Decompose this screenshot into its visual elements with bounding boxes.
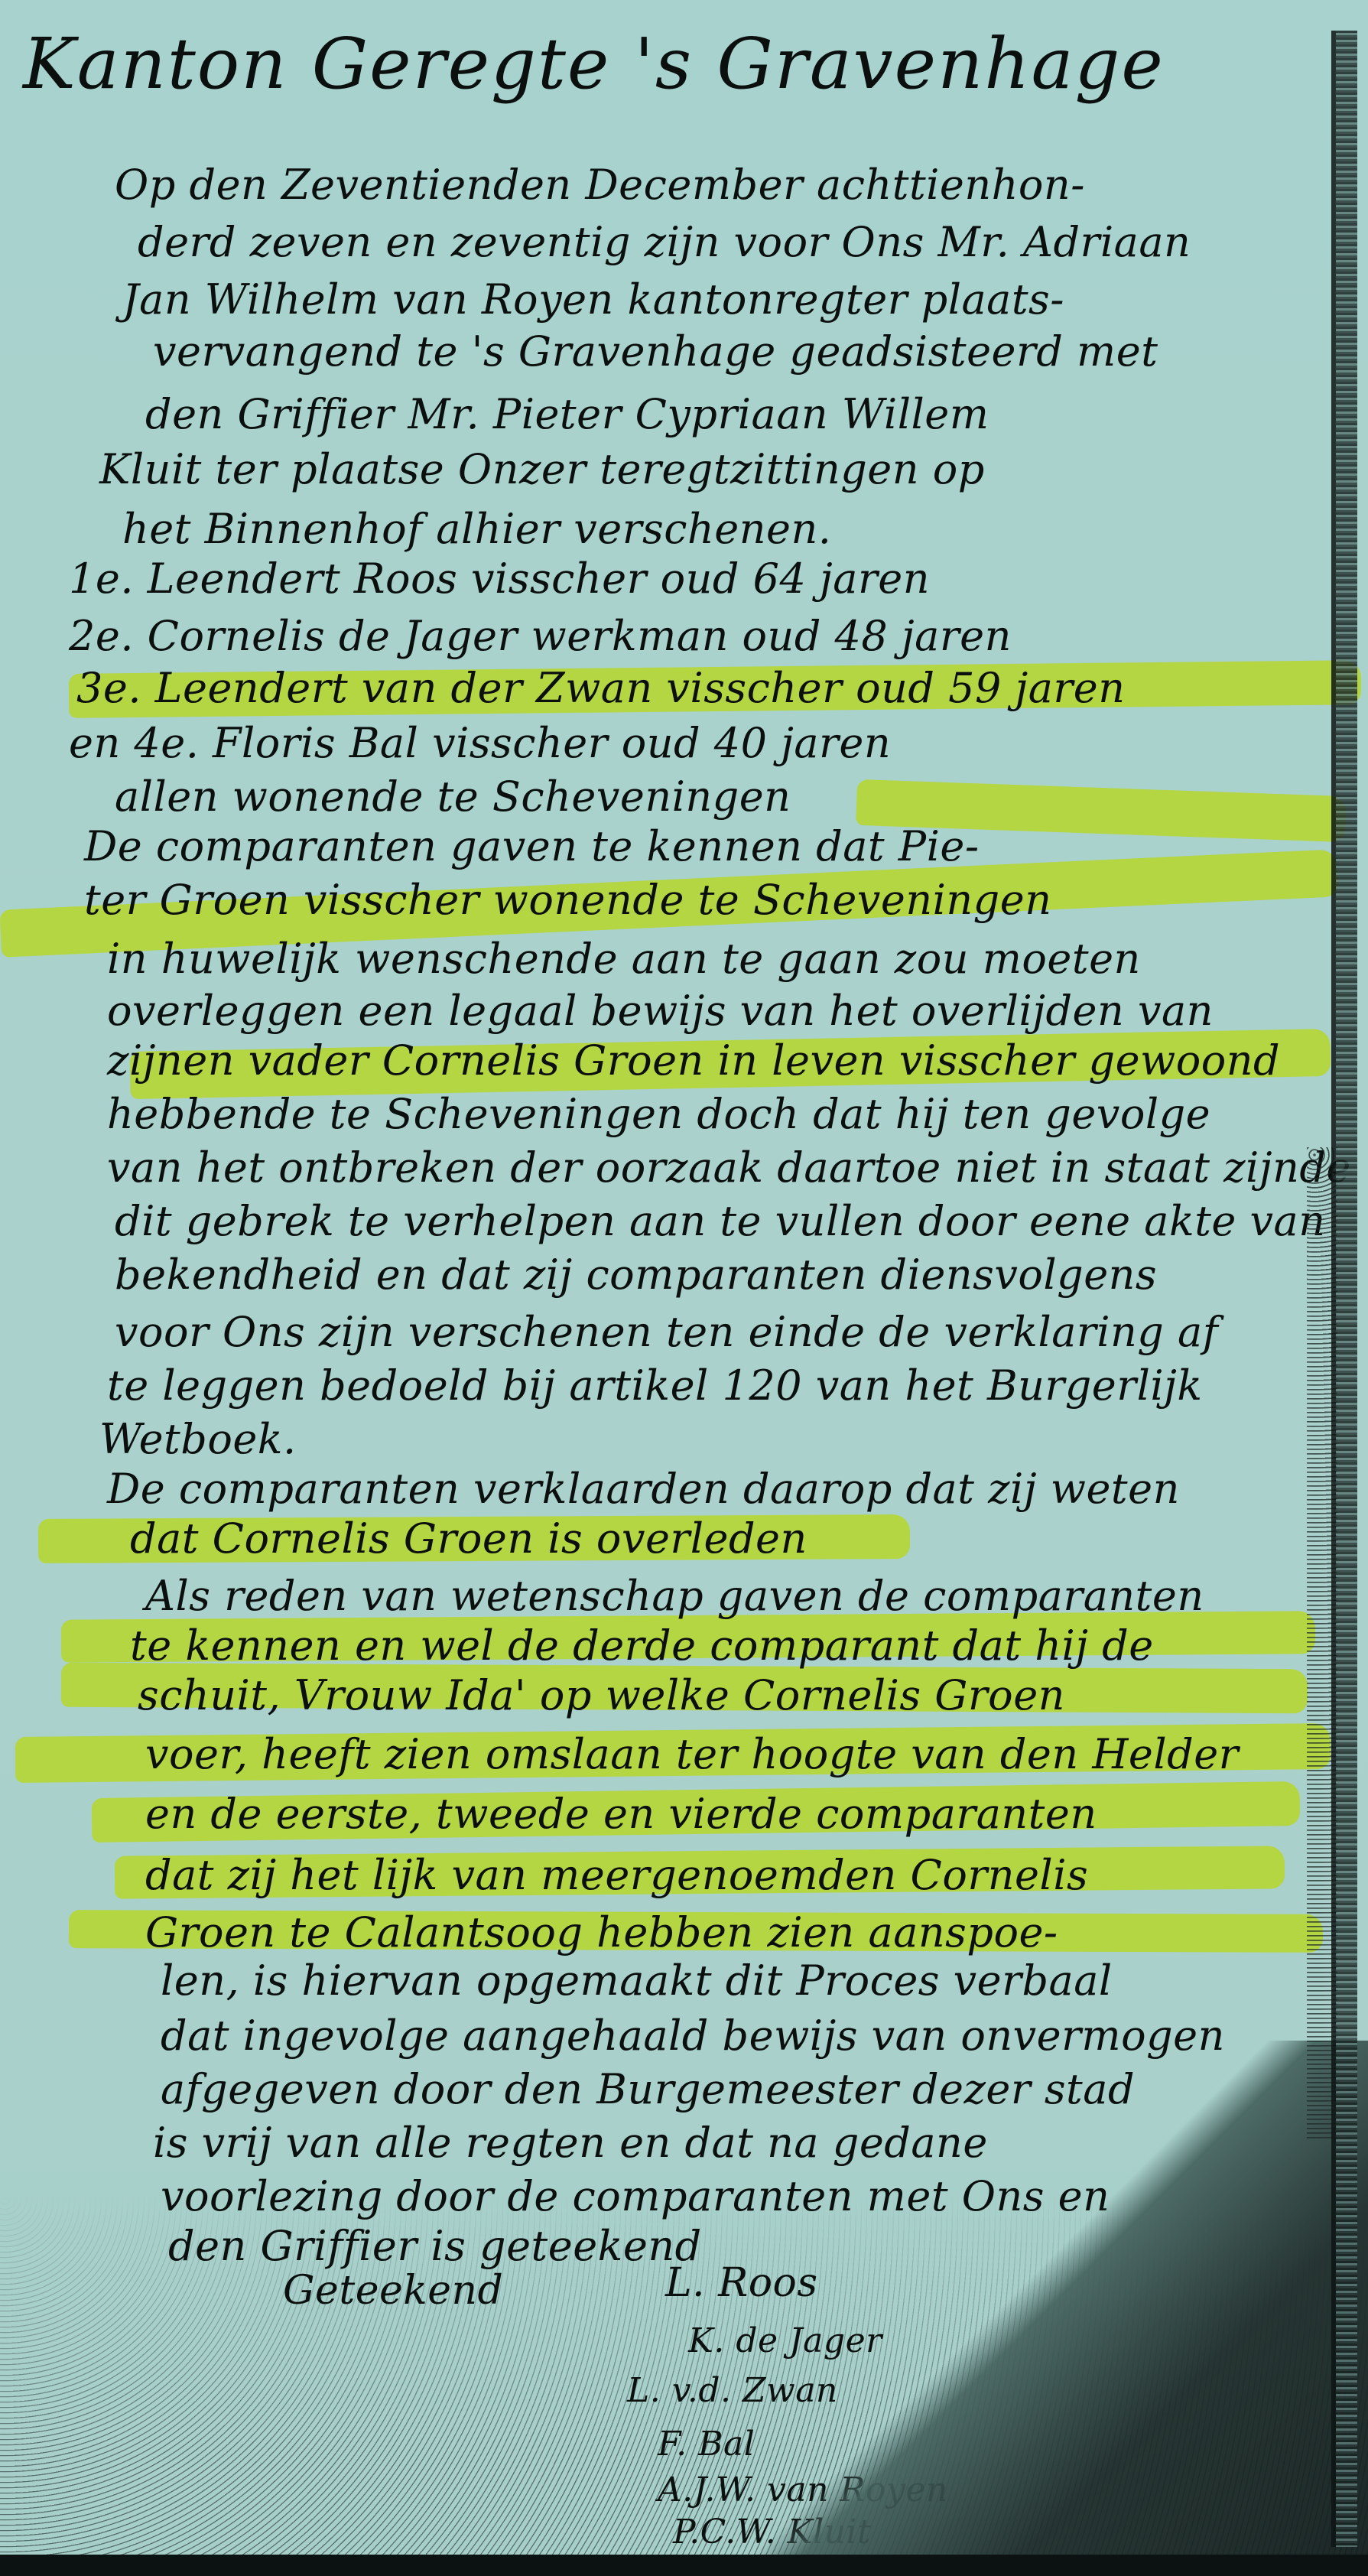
text-line: dit gebrek te verhelpen aan te vullen do… <box>115 1197 1326 1245</box>
text-line: derd zeven en zeventig zijn voor Ons Mr.… <box>138 218 1191 266</box>
text-line: het Binnenhof alhier verschenen. <box>122 505 831 553</box>
page-corner-shadow <box>680 2041 1368 2576</box>
text-line: vervangend te 's Gravenhage geadsisteerd… <box>153 327 1158 376</box>
text-line: overleggen een legaal bewijs van het ove… <box>107 987 1214 1035</box>
page-binding-edge <box>1331 31 1357 2547</box>
text-line: van het ontbreken der oorzaak daartoe ni… <box>107 1143 1351 1192</box>
text-line: 2e. Cornelis de Jager werkman oud 48 jar… <box>69 612 1012 660</box>
text-line highlighted: ter Groen visscher wonende te Schevening… <box>84 876 1051 924</box>
text-line highlighted: zijnen vader Cornelis Groen in leven vis… <box>107 1036 1280 1085</box>
text-line: Wetboek. <box>99 1415 297 1463</box>
text-line: De comparanten gaven te kennen dat Pie- <box>84 822 980 870</box>
text-line highlighted: Groen te Calantsoog hebben zien aanspoe- <box>145 1908 1058 1956</box>
text-line: De comparanten verklaarden daarop dat zi… <box>107 1465 1180 1513</box>
text-line: len, is hiervan opgemaakt dit Proces ver… <box>161 1956 1113 2005</box>
text-line: bekendheid en dat zij comparanten diensv… <box>115 1251 1157 1299</box>
text-line: Op den Zeventienden December achttienhon… <box>115 161 1085 209</box>
text-line highlighted: dat Cornelis Groen is overleden <box>130 1514 807 1563</box>
text-line highlighted: voer, heeft zien omslaan ter hoogte van … <box>145 1730 1239 1778</box>
document-title: Kanton Geregte 's Gravenhage <box>23 23 1165 105</box>
document-page: Kanton Geregte 's Gravenhage Op den Zeve… <box>0 0 1368 2576</box>
text-line highlighted: en de eerste, tweede en vierde comparant… <box>145 1790 1097 1838</box>
text-line: Als reden van wetenschap gaven de compar… <box>145 1572 1204 1620</box>
text-line: Jan Wilhelm van Royen kantonregter plaat… <box>122 275 1064 324</box>
text-line: Kluit ter plaatse Onzer teregtzittingen … <box>99 445 985 493</box>
text-line: voor Ons zijn verschenen ten einde de ve… <box>115 1308 1218 1356</box>
text-line highlighted: schuit, Vrouw Ida' op welke Cornelis Gro… <box>138 1671 1065 1719</box>
text-line: en 4e. Floris Bal visscher oud 40 jaren <box>69 719 891 767</box>
text-line: te leggen bedoeld bij artikel 120 van he… <box>107 1361 1203 1410</box>
text-line: den Griffier Mr. Pieter Cypriaan Willem <box>145 390 989 438</box>
text-line: in huwelijk wenschende aan te gaan zou m… <box>107 935 1141 983</box>
text-line: hebbende te Scheveningen doch dat hij te… <box>107 1090 1210 1138</box>
text-line: 1e. Leendert Roos visscher oud 64 jaren <box>69 555 930 603</box>
text-line highlighted: dat zij het lijk van meergenoemden Corne… <box>145 1851 1088 1899</box>
scan-border <box>0 2555 1368 2576</box>
text-line: allen wonende te Scheveningen <box>115 772 791 821</box>
text-line highlighted: te kennen en wel de derde comparant dat … <box>130 1621 1154 1670</box>
text-line highlighted: 3e. Leendert van der Zwan visscher oud 5… <box>76 664 1125 712</box>
